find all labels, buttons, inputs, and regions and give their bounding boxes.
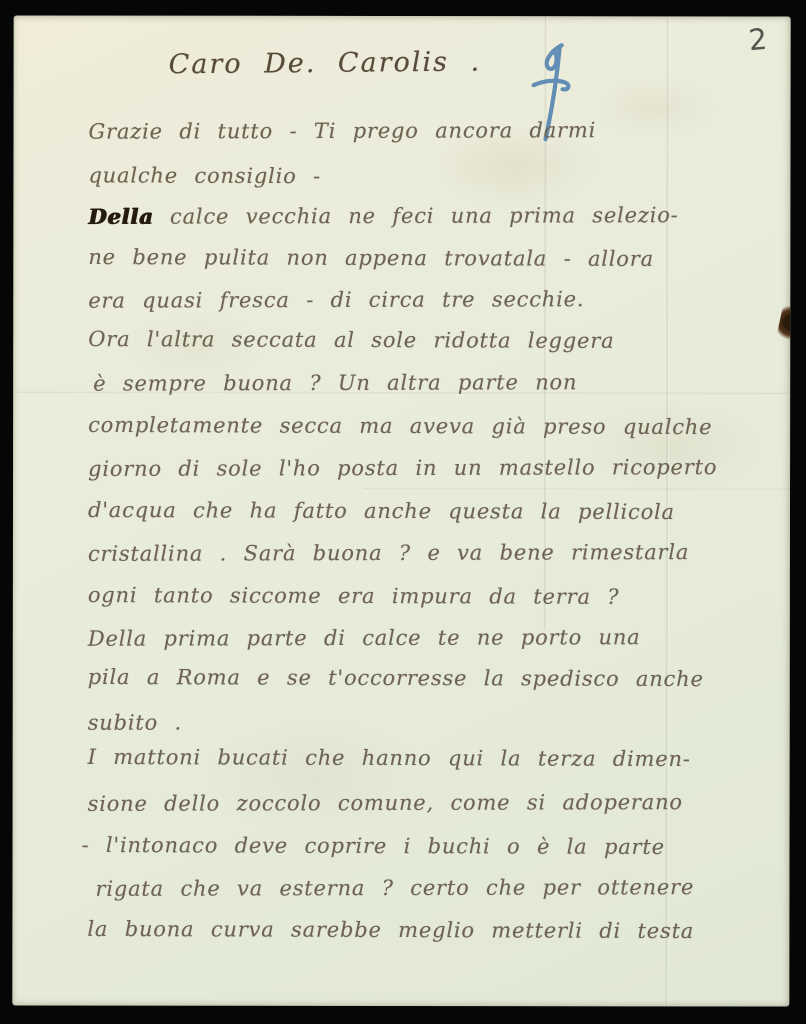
- letter-line: ne bene pulita non appena trovatala - al…: [88, 244, 654, 272]
- letter-line: subito .: [88, 709, 182, 735]
- letter-line: è sempre buona ? Un altra parte non: [93, 369, 577, 396]
- letter-line: Della prima parte di calce te ne porto u…: [88, 624, 641, 652]
- scan-background: 2 Caro De. Carolis . Grazie di tutto - T…: [0, 0, 806, 1024]
- ink-blot: [776, 305, 791, 344]
- letter-line: d'acqua che ha fatto anche questa la pel…: [88, 497, 675, 525]
- letter-line: giorno di sole l'ho posta in un mastello…: [88, 454, 717, 482]
- salutation: Caro De. Carolis .: [168, 46, 481, 80]
- letter-line: Della calce vecchia ne feci una prima se…: [88, 202, 678, 230]
- letter-line-text: calce vecchia ne feci una prima selezio-: [154, 203, 679, 229]
- overwritten-word: Della: [88, 204, 153, 229]
- letter-line: qualche consiglio -: [88, 162, 321, 189]
- letter-line: Ora l'altra seccata al sole ridotta legg…: [88, 326, 614, 354]
- letter-line: sione dello zoccolo comune, come si adop…: [88, 789, 683, 817]
- letter-line: rigata che va esterna ? certo che per ot…: [95, 874, 694, 902]
- letter-line: completamente secca ma aveva già preso q…: [88, 412, 712, 440]
- letter-line: I mattoni bucati che hanno qui la terza …: [88, 744, 691, 772]
- letter-line: pila a Roma e se t'occorresse la spedisc…: [88, 664, 704, 692]
- letter-line: Grazie di tutto - Ti prego ancora darmi: [88, 117, 596, 145]
- letter-line: era quasi fresca - di circa tre secchie.: [88, 286, 584, 313]
- letter-line: ogni tanto siccome era impura da terra ?: [88, 582, 620, 610]
- letter-line: cristallina . Sarà buona ? e va bene rim…: [88, 539, 689, 567]
- letter-line: - l'intonaco deve coprire i buchi o è la…: [81, 832, 664, 860]
- letter-line: la buona curva sarebbe meglio metterli d…: [87, 916, 694, 944]
- letter-page: 2 Caro De. Carolis . Grazie di tutto - T…: [12, 15, 790, 1006]
- page-number-annotation: 2: [747, 22, 768, 57]
- fold-crease-horizontal-mid: [363, 488, 790, 491]
